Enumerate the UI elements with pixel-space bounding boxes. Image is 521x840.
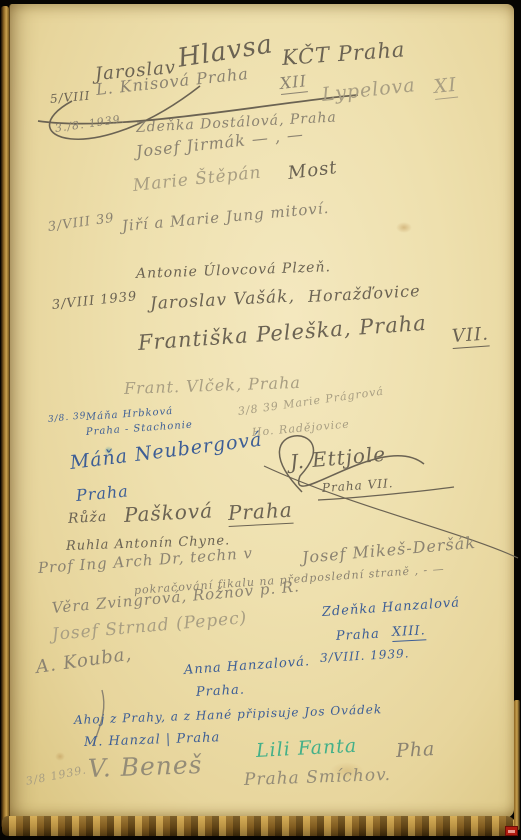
page-stack-edge (2, 816, 516, 836)
signature-paskova-last: Pašková (123, 498, 213, 527)
paper-stain (396, 222, 412, 233)
district-vii: VII. (451, 323, 489, 349)
page-curl-edge (514, 700, 520, 830)
red-corner-marker (505, 826, 518, 836)
place-praha-anna: Praha. (196, 682, 246, 700)
place-pha: Pha (395, 738, 435, 762)
place-praha-hanzalova: Praha (336, 627, 381, 644)
book-binding-edge (1, 6, 9, 828)
paper-stain (55, 752, 65, 761)
place-praha-paskova: Praha (227, 498, 293, 527)
district-xii: XII (279, 71, 308, 95)
district-xi: XI (433, 74, 458, 100)
red-corner-marker-stripe (508, 830, 515, 833)
district-xiii: XIII. (392, 623, 427, 642)
signature-benes: V. Beneš (87, 750, 202, 783)
signature-ruza-first: Růža (68, 509, 108, 527)
scanned-guestbook-image: Jaroslav Hlavsa KČT Praha 5/VIII L. Knis… (0, 0, 521, 840)
